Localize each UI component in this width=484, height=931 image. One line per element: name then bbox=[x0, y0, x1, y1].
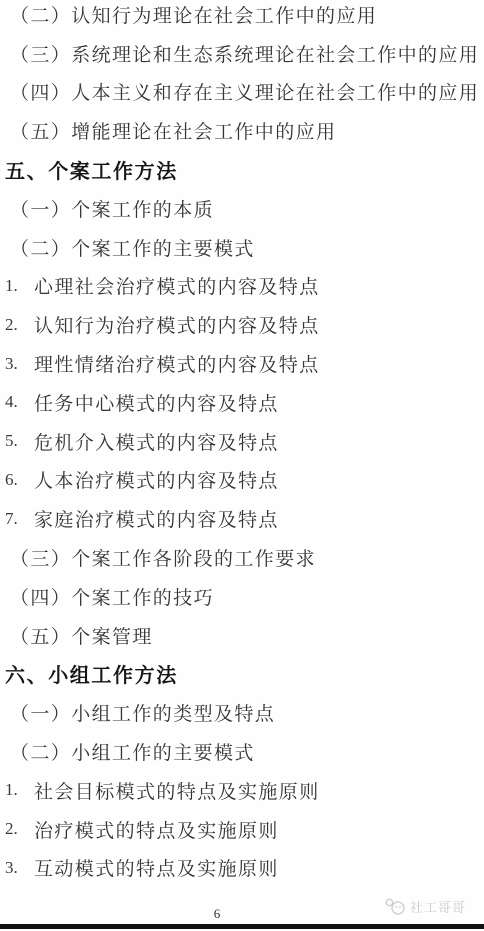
outline-line: （一）小组工作的类型及特点 bbox=[0, 693, 484, 732]
line-text: 危机介入模式的内容及特点 bbox=[34, 428, 279, 455]
outline-line: （五）增能理论在社会工作中的应用 bbox=[0, 111, 484, 150]
line-text: （五）增能理论在社会工作中的应用 bbox=[10, 117, 336, 144]
line-text: 理性情绪治疗模式的内容及特点 bbox=[34, 350, 320, 377]
line-text: （四）人本主义和存在主义理论在社会工作中的应用 bbox=[10, 78, 479, 105]
outline-line: 1.心理社会治疗模式的内容及特点 bbox=[0, 267, 484, 306]
line-text: （一）个案工作的本质 bbox=[10, 195, 214, 222]
watermark-label: 社工哥哥 bbox=[410, 897, 466, 916]
outline-line: （四）个案工作的技巧 bbox=[0, 577, 484, 616]
outline-line: 5.危机介入模式的内容及特点 bbox=[0, 422, 484, 461]
line-text: 六、小组工作方法 bbox=[5, 659, 178, 688]
page-number: 6 bbox=[0, 906, 434, 922]
line-text: （五）个案管理 bbox=[10, 622, 153, 649]
item-number: 1. bbox=[5, 780, 34, 800]
item-number: 3. bbox=[5, 354, 34, 374]
outline-line: 2.认知行为治疗模式的内容及特点 bbox=[0, 305, 484, 344]
item-number: 2. bbox=[5, 819, 34, 839]
line-text: （三）系统理论和生态系统理论在社会工作中的应用 bbox=[10, 40, 479, 67]
line-text: （二）认知行为理论在社会工作中的应用 bbox=[10, 1, 377, 28]
line-text: 任务中心模式的内容及特点 bbox=[34, 389, 279, 416]
outline-line: （二）小组工作的主要模式 bbox=[0, 732, 484, 771]
line-text: （二）小组工作的主要模式 bbox=[10, 738, 255, 765]
outline-list: （二）认知行为理论在社会工作中的应用（三）系统理论和生态系统理论在社会工作中的应… bbox=[0, 0, 484, 887]
line-text: 社会目标模式的特点及实施原则 bbox=[34, 777, 320, 804]
outline-line: （一）个案工作的本质 bbox=[0, 189, 484, 228]
line-text: 认知行为治疗模式的内容及特点 bbox=[34, 311, 320, 338]
outline-line: 3.互动模式的特点及实施原则 bbox=[0, 849, 484, 888]
outline-line: （三）系统理论和生态系统理论在社会工作中的应用 bbox=[0, 34, 484, 73]
bottom-rule bbox=[0, 924, 484, 929]
outline-line: 1.社会目标模式的特点及实施原则 bbox=[0, 771, 484, 810]
section-heading: 五、个案工作方法 bbox=[0, 150, 484, 189]
outline-line: 6.人本治疗模式的内容及特点 bbox=[0, 461, 484, 500]
line-text: （四）个案工作的技巧 bbox=[10, 583, 214, 610]
outline-line: （二）认知行为理论在社会工作中的应用 bbox=[0, 0, 484, 34]
outline-line: （五）个案管理 bbox=[0, 616, 484, 655]
outline-line: （三）个案工作各阶段的工作要求 bbox=[0, 538, 484, 577]
item-number: 3. bbox=[5, 858, 34, 878]
outline-line: 3.理性情绪治疗模式的内容及特点 bbox=[0, 344, 484, 383]
item-number: 2. bbox=[5, 315, 34, 335]
line-text: 心理社会治疗模式的内容及特点 bbox=[34, 272, 320, 299]
item-number: 1. bbox=[5, 276, 34, 296]
outline-line: （二）个案工作的主要模式 bbox=[0, 228, 484, 267]
item-number: 4. bbox=[5, 392, 34, 412]
outline-line: 7.家庭治疗模式的内容及特点 bbox=[0, 499, 484, 538]
mascot-logo-icon bbox=[384, 898, 406, 915]
item-number: 6. bbox=[5, 470, 34, 490]
outline-line: 4.任务中心模式的内容及特点 bbox=[0, 383, 484, 422]
document-page: （二）认知行为理论在社会工作中的应用（三）系统理论和生态系统理论在社会工作中的应… bbox=[0, 0, 484, 931]
line-text: （三）个案工作各阶段的工作要求 bbox=[10, 544, 316, 571]
line-text: 人本治疗模式的内容及特点 bbox=[34, 466, 279, 493]
outline-line: 2.治疗模式的特点及实施原则 bbox=[0, 810, 484, 849]
outline-line: （四）人本主义和存在主义理论在社会工作中的应用 bbox=[0, 73, 484, 112]
line-text: （一）小组工作的类型及特点 bbox=[10, 699, 275, 726]
item-number: 7. bbox=[5, 509, 34, 529]
line-text: 家庭治疗模式的内容及特点 bbox=[34, 505, 279, 532]
line-text: 五、个案工作方法 bbox=[5, 155, 178, 184]
line-text: 互动模式的特点及实施原则 bbox=[34, 854, 279, 881]
item-number: 5. bbox=[5, 431, 34, 451]
line-text: 治疗模式的特点及实施原则 bbox=[34, 816, 279, 843]
line-text: （二）个案工作的主要模式 bbox=[10, 234, 255, 261]
section-heading: 六、小组工作方法 bbox=[0, 655, 484, 694]
watermark: 社工哥哥 bbox=[384, 897, 466, 916]
